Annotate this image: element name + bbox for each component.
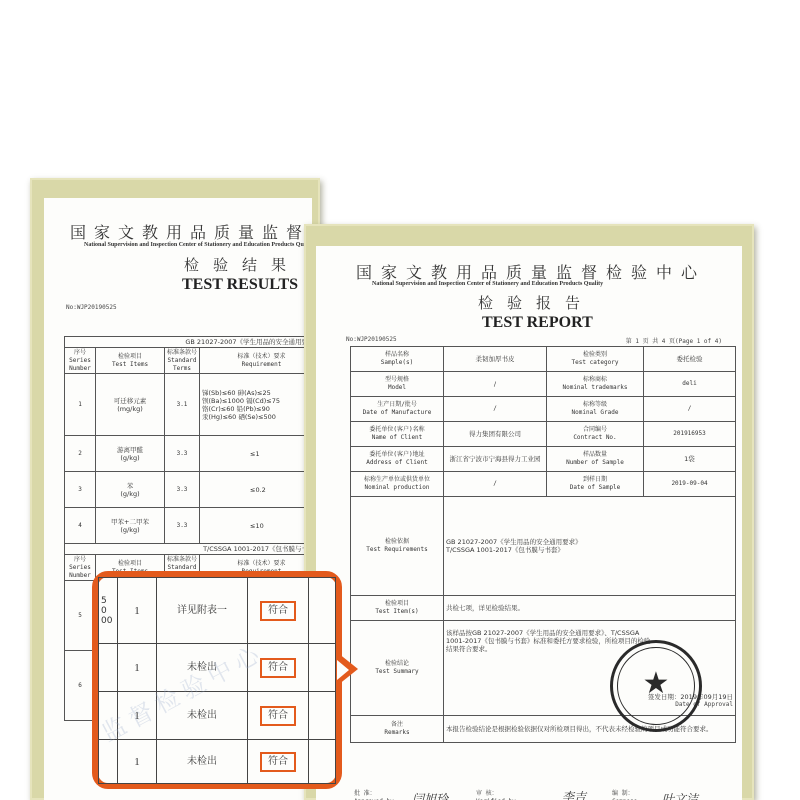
table-row: 4 甲苯+二甲苯(g/kg) 3.3 ≤10: [65, 508, 324, 544]
info-row-manufacture: 生产日期/批号Date of Manufacture / 标称等级Nominal…: [351, 397, 736, 422]
callout-row: 5000 1 详见附表一 符合: [99, 578, 336, 644]
results-heading-cn: 检验结果: [184, 254, 300, 275]
compose-label: 编 制：Compose: [612, 790, 637, 800]
official-seal-stamp: ★: [610, 640, 702, 732]
col-standard-terms: 标准条款号Standard Terms: [165, 348, 200, 374]
col-series: 序号Series Number: [65, 348, 96, 374]
info-row-model: 型号规格Model / 标称商标Nominal trademarks deli: [351, 372, 736, 397]
requirements-row: 检验依据Test Requirements GB 21027-2007《学生用品…: [351, 497, 736, 596]
table-row: 1 可迁移元素(mg/kg) 3.1 锑(Sb)≤60 砷(As)≤25钡(Ba…: [65, 374, 324, 436]
table-row: 3 苯(g/kg) 3.3 ≤0.2: [65, 472, 324, 508]
info-row-production: 标称生产单位或供货单位Nominal production / 到样日期Date…: [351, 472, 736, 497]
report-number: No:WJP20190525: [346, 336, 397, 343]
standard-section-2: T/CSSGA 1001-2017《包书膜与书套》: [65, 544, 324, 555]
approver-signature: 闫旭玲: [412, 790, 448, 800]
highlight-callout: 5000 1 详见附表一 符合 1 未检出 符合 1 未检出 符合 1 未检出 …: [92, 571, 342, 789]
table-row: 2 游离甲醛(g/kg) 3.3 ≤1: [65, 436, 324, 472]
summary-text: 该样品按GB 21027-2007《学生用品的安全通用要求》、T/CSSGA 1…: [446, 629, 733, 653]
col-test-items: 检验项目Test Items: [96, 348, 165, 374]
pass-verdict: 符合: [260, 601, 296, 621]
items-row: 检验项目Test Item(s) 共检七项，详见检验结果。: [351, 596, 736, 621]
callout-row: 1 未检出 符合: [99, 740, 336, 784]
pass-verdict: 符合: [260, 706, 296, 726]
standard-section-1: GB 21027-2007《学生用品的安全通用要求》: [65, 337, 324, 348]
verifier-signature: 李吉: [562, 788, 586, 800]
approved-by-label: 批 准：Approved by: [354, 790, 394, 800]
report-heading-en: TEST REPORT: [482, 314, 593, 332]
info-row-client: 委托单位(客户)名称Name of Client 得力集团有限公司 合同编号Co…: [351, 422, 736, 447]
verified-by-label: 审 核：Verified by: [476, 790, 516, 800]
center-title-en: National Supervision and Inspection Cent…: [372, 281, 603, 287]
info-row-sample: 样品名称Sample(s) 柔韧加厚书皮 检验类别Test category 委…: [351, 347, 736, 372]
center-title-en: National Supervision and Inspection Cent…: [84, 242, 315, 248]
report-number: No:WJP20190525: [66, 304, 117, 311]
report-heading-cn: 检验报告: [478, 292, 594, 313]
results-heading-en: TEST RESULTS: [182, 276, 298, 294]
composer-signature: 叶文洁: [662, 790, 698, 800]
info-row-address: 委托单位(客户)地址Address of Client 浙江省宁波市宁海县得力工…: [351, 447, 736, 472]
center-title-cn: 国家文教用品质量监督检验中心: [356, 260, 706, 283]
pass-verdict: 符合: [260, 752, 296, 772]
star-icon: ★: [613, 669, 699, 699]
page-info: 第 1 页 共 4 页(Page 1 of 4): [626, 336, 722, 345]
